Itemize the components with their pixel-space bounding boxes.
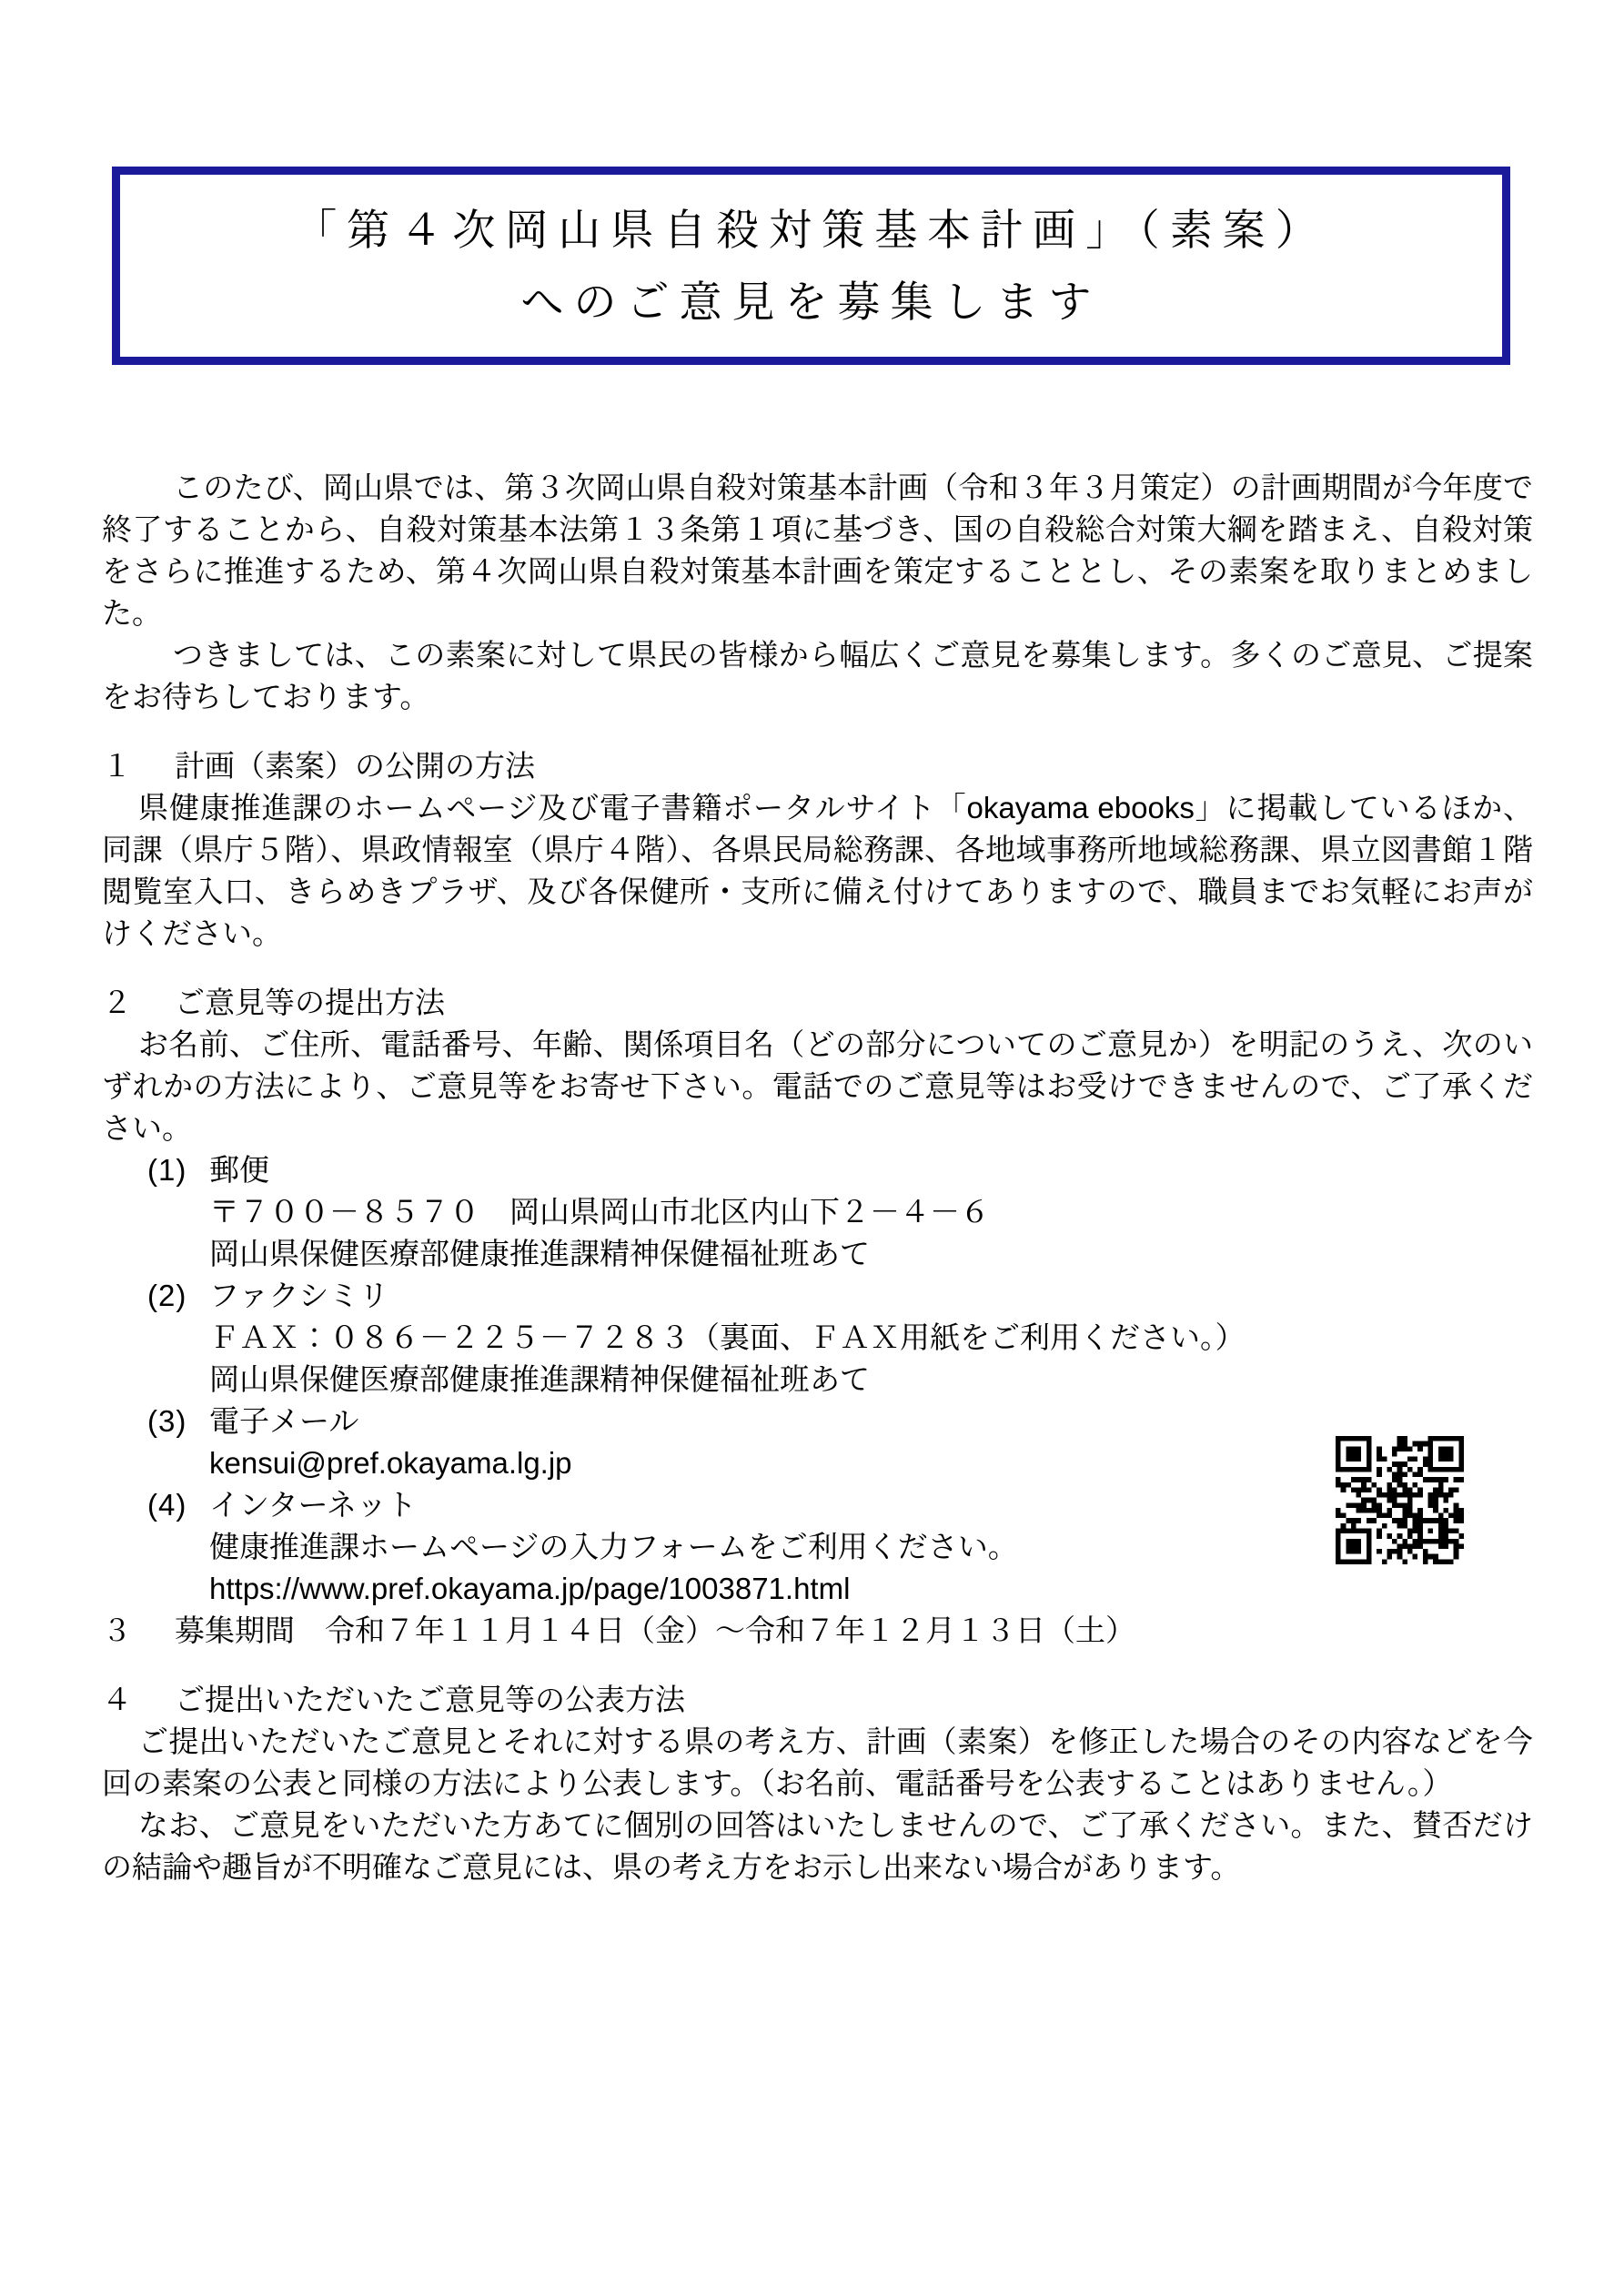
intro-paragraph-2: つきましては、この素案に対して県民の皆様から幅広くご意見を募集します。多くのご意… (102, 634, 1533, 718)
internet-form-url: https://www.pref.okayama.jp/page/1003871… (102, 1568, 1533, 1610)
section-4-heading: ４ご提出いただいたご意見等の公表方法 (102, 1679, 1533, 1721)
section-3-number: ３ (102, 1610, 175, 1652)
submission-item-fax-label: ファクシミリ (209, 1279, 388, 1312)
section-3-title: 募集期間 令和７年１１月１４日（金）～令和７年１２月１３日（土） (175, 1613, 1135, 1647)
fax-addressee-line: 岡山県保健医療部健康推進課精神保健福祉班あて (102, 1359, 1533, 1401)
submission-item-fax: (2)ファクシミリ (102, 1275, 1533, 1317)
fax-number-line: ＦＡＸ：０８６－２２５－７２８３（裏面、ＦＡＸ用紙をご利用ください。） (102, 1317, 1533, 1359)
section-submission-method: ２ご意見等の提出方法 お名前、ご住所、電話番号、年齢、関係項目名（どの部分につい… (102, 982, 1533, 1610)
section-1-number: １ (102, 745, 175, 787)
section-4-paragraph-2: なお、ご意見をいただいた方あてに個別の回答はいたしませんので、ご了承ください。ま… (102, 1805, 1533, 1888)
section-4-number: ４ (102, 1679, 175, 1721)
section-3-heading: ３募集期間 令和７年１１月１４日（金）～令和７年１２月１３日（土） (102, 1610, 1533, 1652)
submission-item-mail-label: 郵便 (209, 1153, 269, 1187)
qr-code-image (1336, 1436, 1464, 1564)
mail-addressee-line: 岡山県保健医療部健康推進課精神保健福祉班あて (102, 1233, 1533, 1275)
section-2-title: ご意見等の提出方法 (175, 986, 445, 1019)
submission-item-fax-number: (2) (147, 1275, 209, 1317)
internet-form-note: 健康推進課ホームページの入力フォームをご利用ください。 (102, 1526, 1533, 1568)
postal-address-line: 〒７００－８５７０ 岡山県岡山市北区内山下２－４－６ (102, 1191, 1533, 1233)
section-2-body: お名前、ご住所、電話番号、年齢、関係項目名（どの部分についてのご意見か）を明記の… (102, 1024, 1533, 1149)
email-address: kensui@pref.okayama.lg.jp (102, 1442, 1533, 1484)
section-1-title: 計画（素案）の公開の方法 (175, 749, 535, 783)
section-publication-method: １計画（素案）の公開の方法 県健康推進課のホームページ及び電子書籍ポータルサイト… (102, 745, 1533, 955)
section-period: ３募集期間 令和７年１１月１４日（金）～令和７年１２月１３日（土） (102, 1610, 1533, 1652)
intro-paragraph-1: このたび、岡山県では、第３次岡山県自殺対策基本計画（令和３年３月策定）の計画期間… (102, 467, 1533, 634)
intro-block: このたび、岡山県では、第３次岡山県自殺対策基本計画（令和３年３月策定）の計画期間… (102, 467, 1533, 718)
submission-item-mail-number: (1) (147, 1149, 209, 1191)
title-banner: 「第４次岡山県自殺対策基本計画」（素案） へのご意見を募集します (112, 167, 1510, 365)
section-2-heading: ２ご意見等の提出方法 (102, 982, 1533, 1024)
submission-item-email-number: (3) (147, 1401, 209, 1442)
section-publication-of-opinions: ４ご提出いただいたご意見等の公表方法 ご提出いただいたご意見とそれに対する県の考… (102, 1679, 1533, 1888)
section-1-body: 県健康推進課のホームページ及び電子書籍ポータルサイト「okayama ebook… (102, 787, 1533, 955)
document-body: このたび、岡山県では、第３次岡山県自殺対策基本計画（令和３年３月策定）の計画期間… (102, 467, 1533, 1888)
submission-item-internet: (4)インターネット (102, 1484, 1533, 1526)
section-4-title: ご提出いただいたご意見等の公表方法 (175, 1683, 685, 1716)
submission-item-email: (3)電子メール (102, 1401, 1533, 1442)
submission-item-internet-label: インターネット (209, 1488, 417, 1522)
document-title-line2: へのご意見を募集します (521, 278, 1102, 326)
submission-item-email-label: 電子メール (209, 1404, 358, 1438)
submission-item-internet-number: (4) (147, 1484, 209, 1526)
section-4-paragraph-1: ご提出いただいたご意見とそれに対する県の考え方、計画（素案）を修正した場合のその… (102, 1721, 1533, 1805)
section-2-number: ２ (102, 982, 175, 1024)
document-page: 「第４次岡山県自殺対策基本計画」（素案） へのご意見を募集します このたび、岡山… (0, 0, 1624, 2296)
submission-item-mail: (1)郵便 (102, 1149, 1533, 1191)
section-1-heading: １計画（素案）の公開の方法 (102, 745, 1533, 787)
document-title-line1: 「第４次岡山県自殺対策基本計画」（素案） (294, 207, 1328, 254)
